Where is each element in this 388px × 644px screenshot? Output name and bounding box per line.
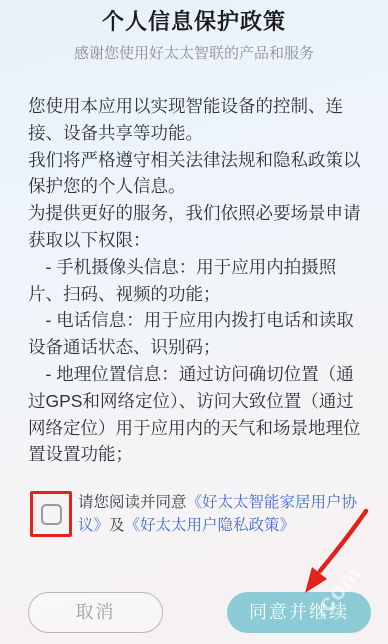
agreement-prefix: 请您阅读并同意 [78,494,187,511]
privacy-policy-dialog: 个人信息保护政策 感谢您使用好太太智联的产品和服务 您使用本应用以实现智能设备的… [0,0,388,644]
policy-paragraph: - 手机摄像头信息：用于应用内拍摄照片、扫码、视频的功能； [28,254,362,308]
policy-paragraph: - 地理位置信息：通过访问确切位置（通过GPS和网络定位）、访问大致位置（通过网… [28,361,362,468]
agreement-conjunction: 及 [109,517,125,534]
agreement-checkbox[interactable] [41,504,62,525]
policy-paragraph: 我们将严格遵守相关法律法规和隐私政策以保护您的个人信息。 [28,147,362,201]
checkbox-highlight-annotation [30,491,72,537]
policy-paragraph: 为提供更好的服务，我们依照必要场景申请获取以下权限： [28,200,362,254]
page-title: 个人信息保护政策 [0,5,388,36]
policy-paragraph: 您使用本应用以实现智能设备的控制、连接、设备共享等功能。 [28,93,362,147]
agree-button[interactable]: 同意并继续 [227,592,371,633]
agreement-text: 请您阅读并同意《好太太智能家居用户协议》及《好太太用户隐私政策》 [78,492,366,537]
policy-paragraph: - 电话信息：用于应用内拨打电话和读取设备通话状态、识别码； [28,307,362,361]
privacy-policy-link[interactable]: 《好太太用户隐私政策》 [125,517,296,534]
policy-body: 您使用本应用以实现智能设备的控制、连接、设备共享等功能。我们将严格遵守相关法律法… [28,93,362,468]
page-subtitle: 感谢您使用好太太智联的产品和服务 [0,42,388,63]
cancel-button[interactable]: 取消 [28,592,163,633]
